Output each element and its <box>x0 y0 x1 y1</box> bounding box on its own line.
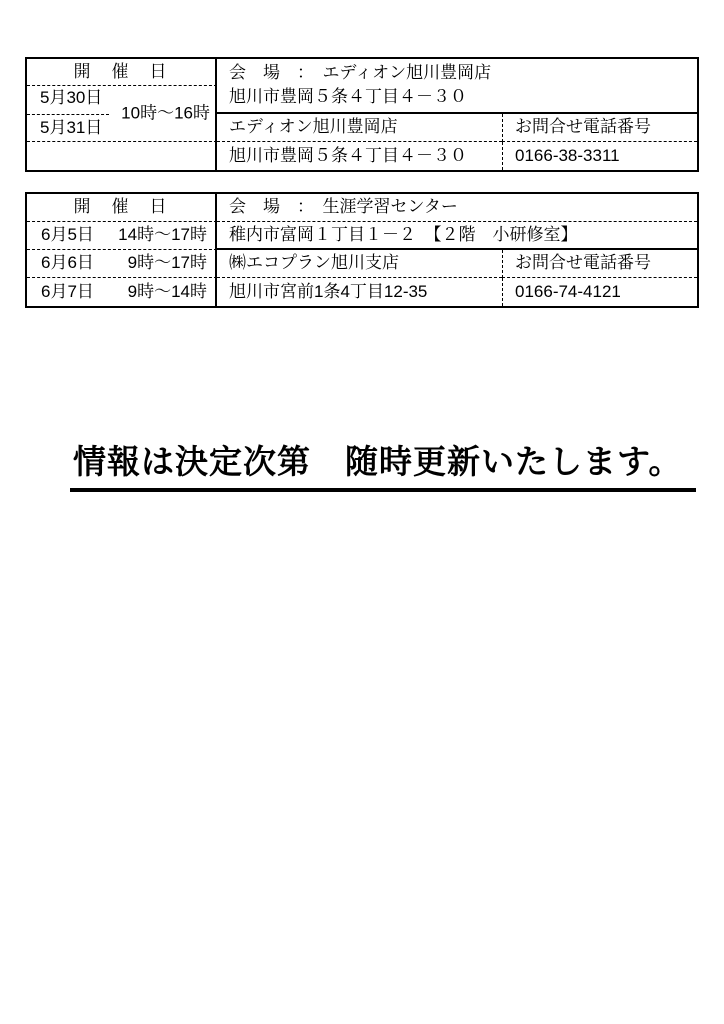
venue-header-cell: 会 場 ： エディオン旭川豊岡店 旭川市豊岡５条４丁目４－３０ <box>217 59 697 114</box>
date-time-row: 6月5日 14時～17時 <box>27 222 217 250</box>
event-time: 9時～17時 <box>128 254 207 273</box>
event-date: 5月30日 <box>40 89 102 108</box>
schedule-table-edion: 開 催 日 5月30日 5月31日 10時～16時 会 場 ： エディオン旭川豊… <box>25 57 699 172</box>
empty-cell <box>27 142 217 170</box>
contact-address: 旭川市豊岡５条４丁目４－３０ <box>217 142 502 170</box>
document-page: 開 催 日 5月30日 5月31日 10時～16時 会 場 ： エディオン旭川豊… <box>0 0 724 1024</box>
contact-phone-number: 0166-38-3311 <box>502 142 697 170</box>
event-date: 6月5日 <box>41 226 94 245</box>
date-column-header: 開 催 日 <box>27 59 217 86</box>
event-date: 5月31日 <box>40 119 102 138</box>
contact-address: 旭川市宮前1条4丁目12-35 <box>217 278 502 306</box>
venue-title: 会 場 ： 生涯学習センター <box>217 194 697 222</box>
event-time: 9時～14時 <box>128 283 207 302</box>
contact-phone-label: お問合せ電話番号 <box>502 250 697 278</box>
date-column-header: 開 催 日 <box>27 194 217 222</box>
update-notice-text: 情報は決定次第 随時更新いたします。 <box>70 436 696 492</box>
contact-phone-number: 0166-74-4121 <box>502 278 697 306</box>
event-date: 6月7日 <box>41 283 94 302</box>
date-time-row: 6月7日 9時～14時 <box>27 278 217 306</box>
date-time-row: 6月6日 9時～17時 <box>27 250 217 278</box>
date-cell-group: 5月30日 5月31日 10時～16時 <box>27 86 217 142</box>
event-date: 6月6日 <box>41 254 94 273</box>
date-separator-dash <box>27 114 109 115</box>
event-time: 14時～17時 <box>118 226 207 245</box>
venue-address: 稚内市富岡１丁目１－２ 【２階 小研修室】 <box>217 222 697 250</box>
contact-venue-name: ㈱エコプラン旭川支店 <box>217 250 502 278</box>
schedule-table-center: 開 催 日 6月5日 14時～17時 6月6日 9時～17時 6月7日 9時～1… <box>25 192 699 308</box>
event-time: 10時～16時 <box>121 104 210 123</box>
contact-phone-label: お問合せ電話番号 <box>502 114 697 142</box>
venue-title: 会 場 ： エディオン旭川豊岡店 <box>229 64 697 83</box>
venue-address: 旭川市豊岡５条４丁目４－３０ <box>229 88 697 107</box>
contact-venue-name: エディオン旭川豊岡店 <box>217 114 502 142</box>
